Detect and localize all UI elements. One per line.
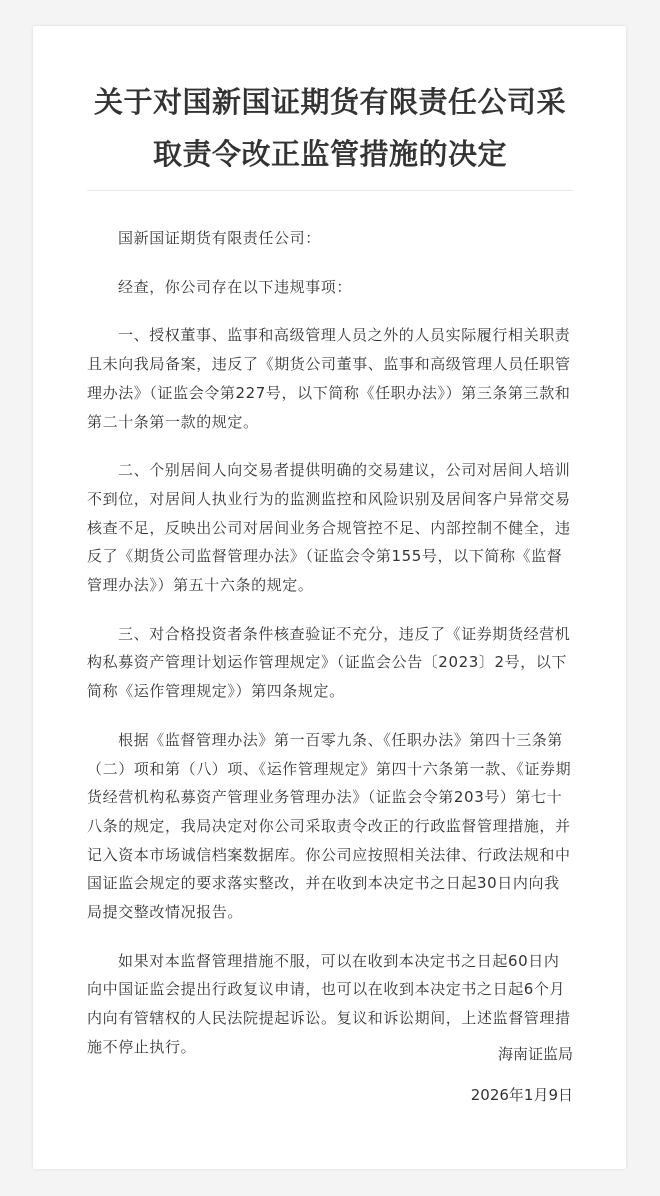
- signature-date: 2026年1月9日: [273, 1084, 573, 1106]
- document-body: 国新国证期货有限责任公司： 经查，你公司存在以下违规事项： 一、授权董事、监事和…: [87, 224, 575, 1082]
- signature-organization: 海南证监局: [273, 1043, 573, 1065]
- addressee: 国新国证期货有限责任公司：: [87, 224, 575, 253]
- paragraph-violation-3: 三、对合格投资者条件核查验证不充分，违反了《证券期货经营机构私募资产管理计划运作…: [87, 620, 575, 706]
- document-title: 关于对国新国证期货有限责任公司采 取责令改正监管措施的决定: [87, 76, 573, 180]
- title-line-2: 取责令改正监管措施的决定: [153, 137, 507, 171]
- paragraph-intro: 经查，你公司存在以下违规事项：: [87, 273, 575, 302]
- paragraph-decision: 根据《监督管理办法》第一百零九条、《任职办法》第四十三条第（二）项和第（八）项、…: [87, 726, 575, 927]
- title-line-1: 关于对国新国证期货有限责任公司采: [94, 85, 566, 119]
- paragraph-violation-1: 一、授权董事、监事和高级管理人员之外的人员实际履行相关职责且未向我局备案，违反了…: [87, 321, 575, 436]
- title-divider: [87, 190, 573, 191]
- paragraph-violation-2: 二、个别居间人向交易者提供明确的交易建议，公司对居间人培训不到位，对居间人执业行…: [87, 456, 575, 600]
- document-card: 关于对国新国证期货有限责任公司采 取责令改正监管措施的决定 国新国证期货有限责任…: [33, 26, 626, 1169]
